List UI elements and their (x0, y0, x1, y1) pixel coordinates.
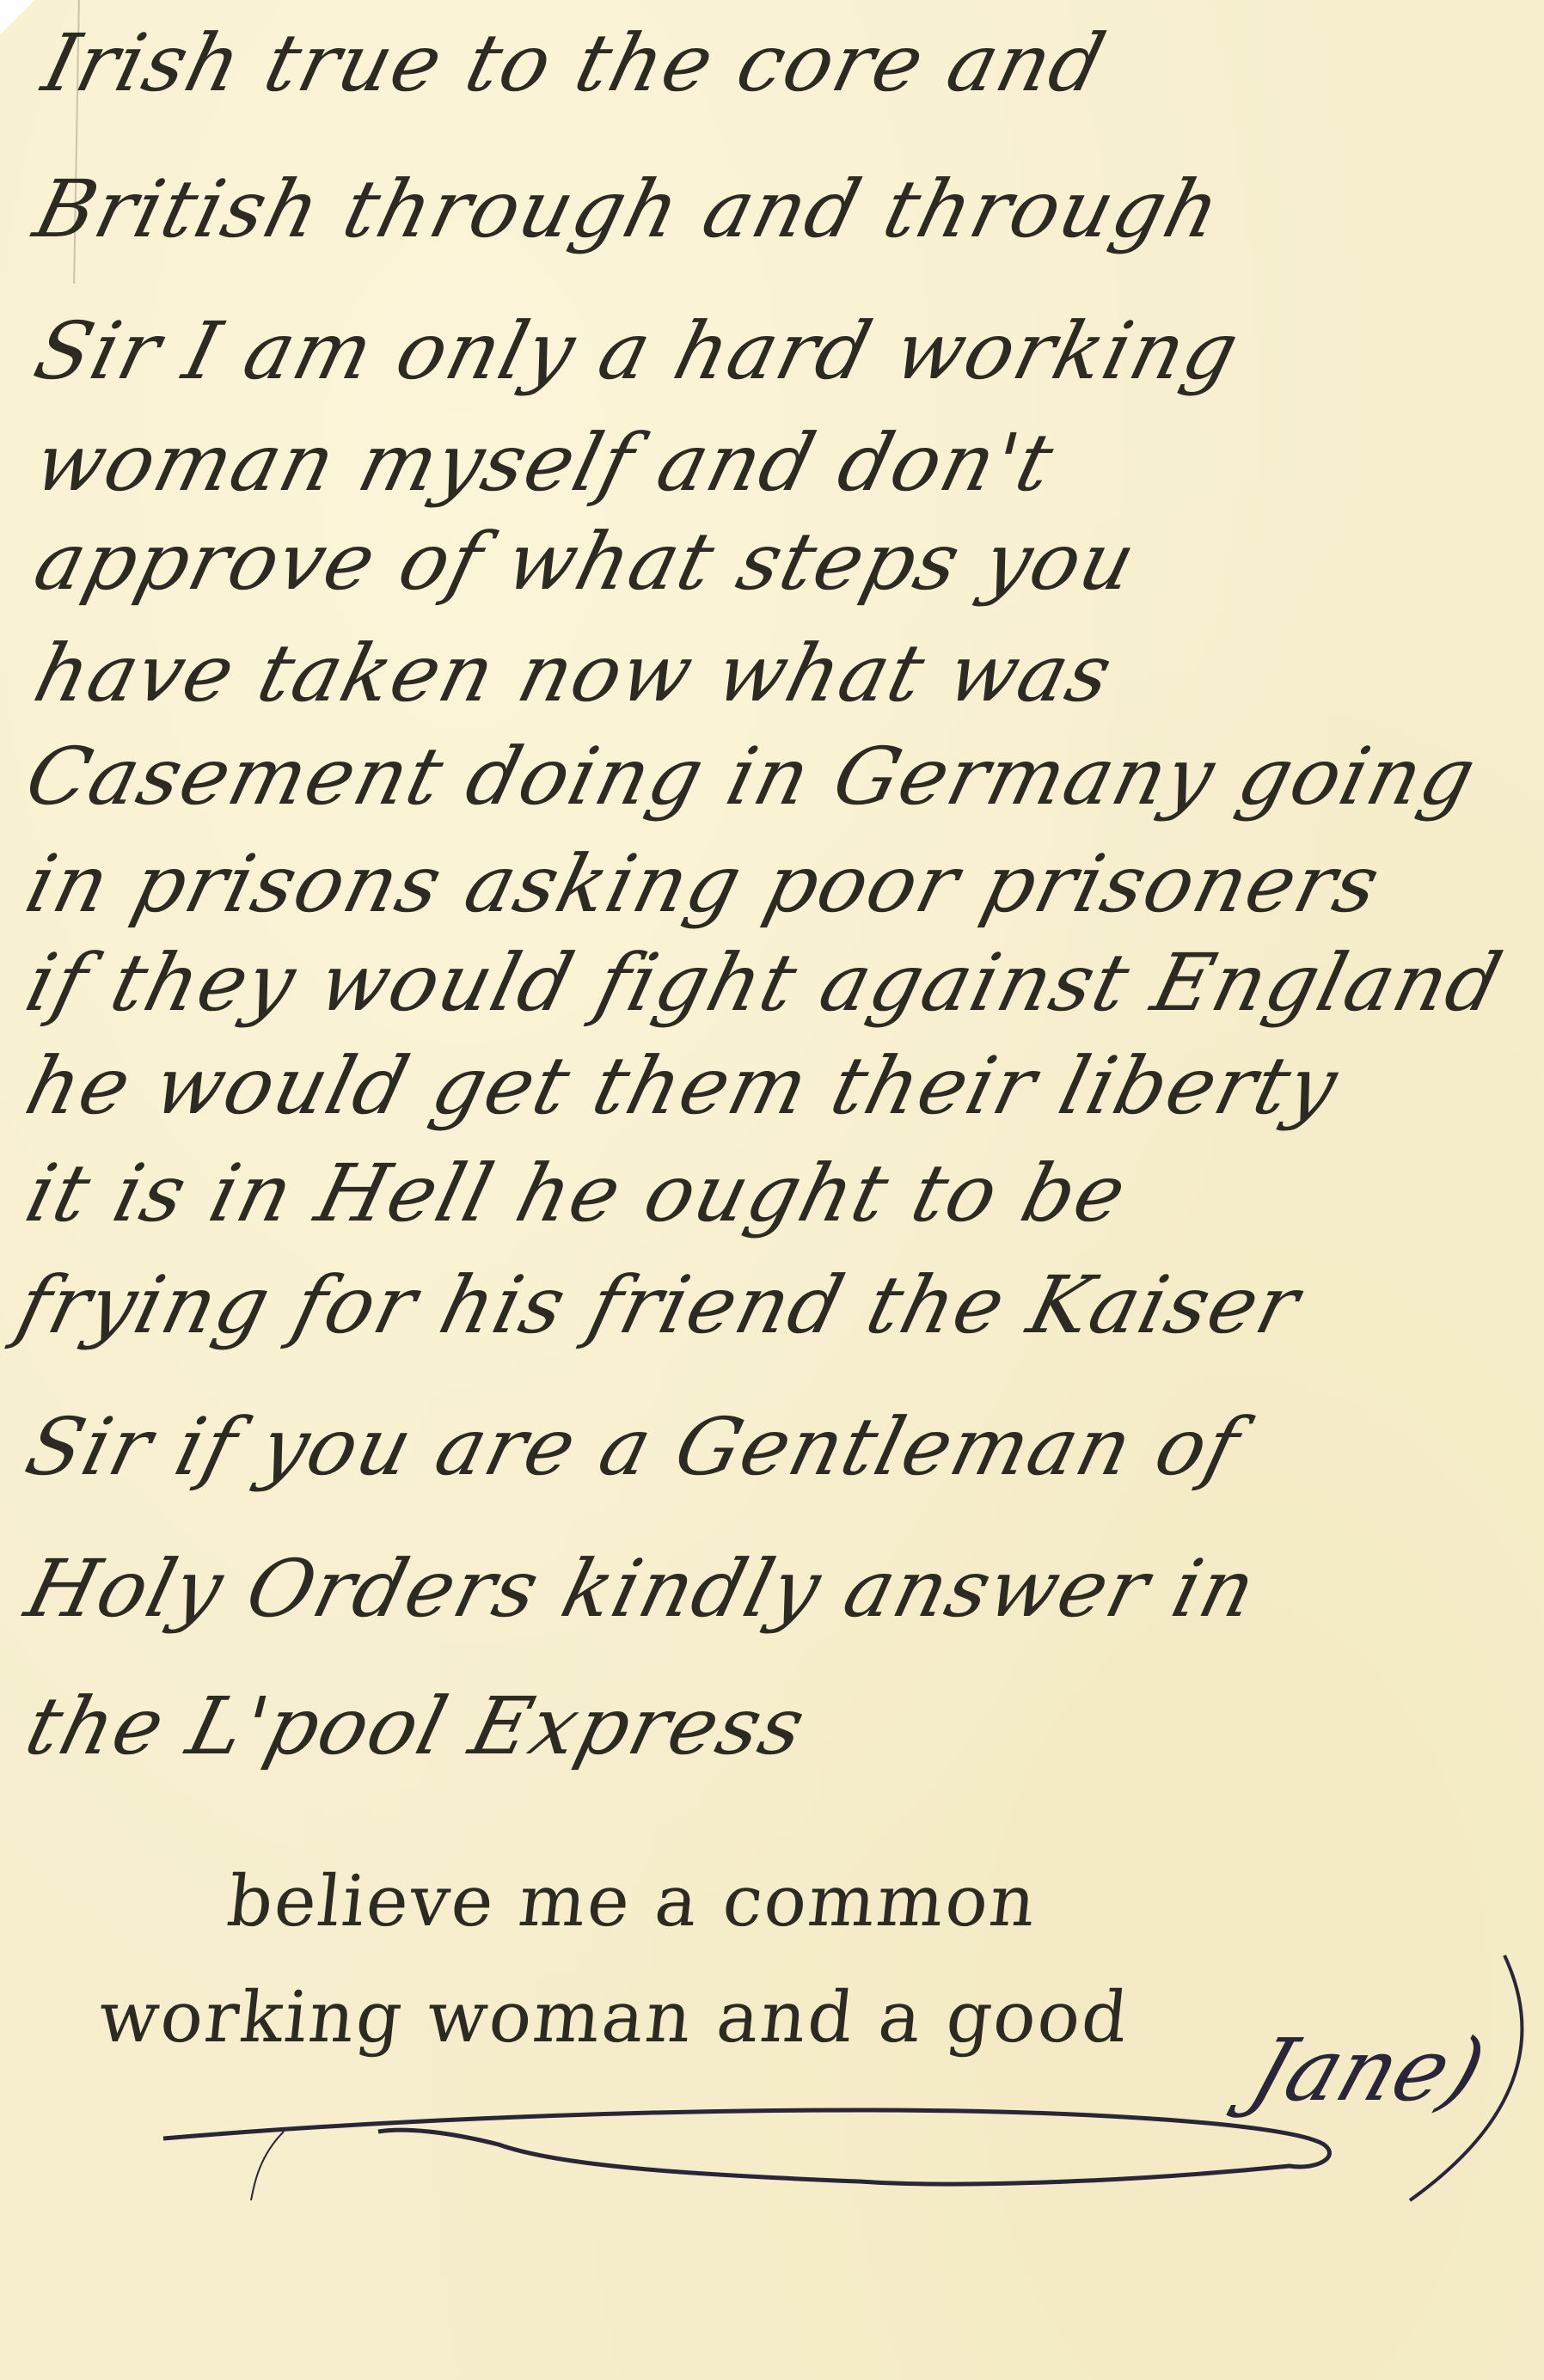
signature-flourish-icon (0, 0, 1544, 2380)
